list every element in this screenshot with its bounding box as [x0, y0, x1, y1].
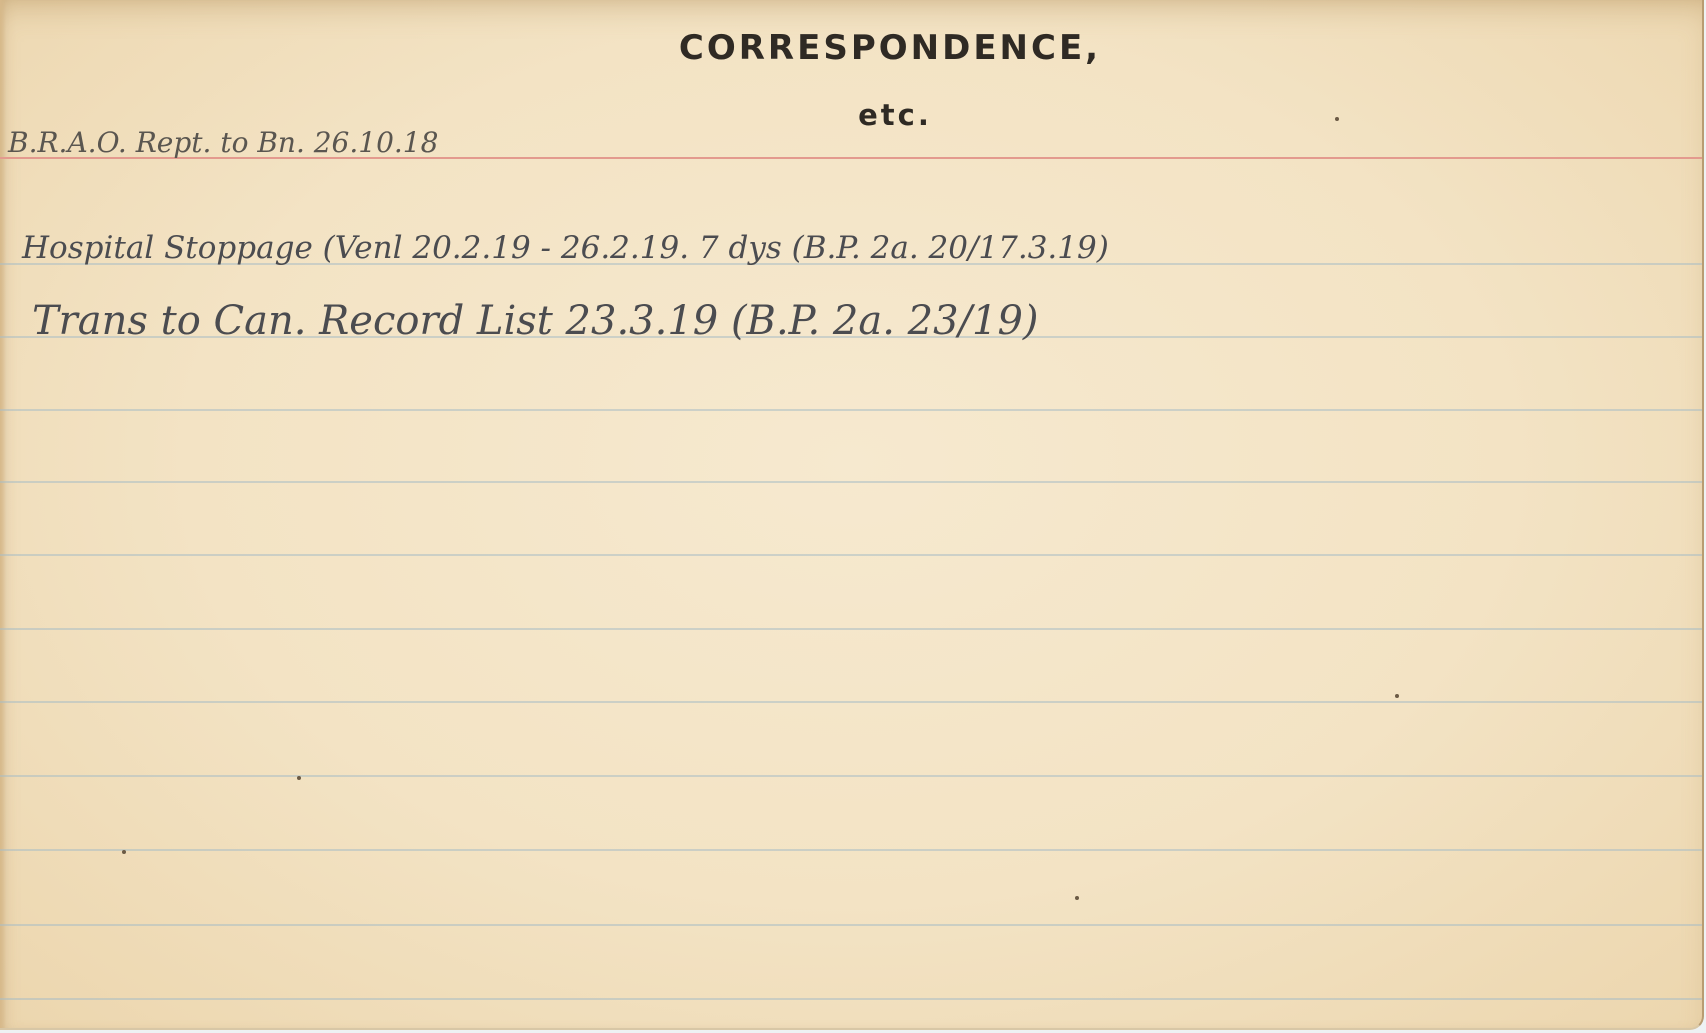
- ruled-line: [0, 554, 1702, 556]
- ruled-line: [0, 775, 1702, 777]
- card-edge: [0, 0, 6, 1028]
- paper-speck: [297, 776, 301, 780]
- paper-speck: [1395, 694, 1399, 698]
- ruled-line: [0, 701, 1702, 703]
- ruled-line: [0, 849, 1702, 851]
- ruled-line: [0, 924, 1702, 926]
- handwritten-entry: Trans to Can. Record List 23.3.19 (B.P. …: [32, 298, 1039, 344]
- ruled-line: [0, 628, 1702, 630]
- record-card: CORRESPONDENCE, etc. B.R.A.O. Rept. to B…: [0, 0, 1704, 1030]
- ruled-line: [0, 409, 1702, 411]
- paper-speck: [122, 850, 126, 854]
- paper-speck: [1075, 896, 1079, 900]
- handwritten-entry: Hospital Stoppage (Venl 20.2.19 - 26.2.1…: [22, 230, 1109, 266]
- handwritten-entry: B.R.A.O. Rept. to Bn. 26.10.18: [8, 126, 438, 159]
- card-heading: CORRESPONDENCE,: [0, 28, 1704, 68]
- ruled-line: [0, 481, 1702, 483]
- paper-speck: [1335, 117, 1339, 121]
- ruled-line: [0, 998, 1702, 1000]
